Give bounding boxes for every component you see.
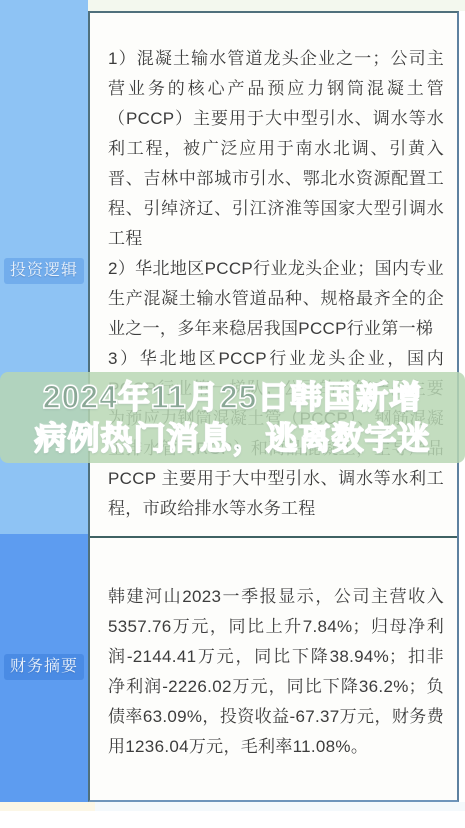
top-strip [88, 0, 465, 11]
bottom-strip-left [0, 802, 95, 811]
financial-summary-text: 韩建河山2023一季报显示，公司主营收入5357.76万元，同比上升7.84%；… [108, 582, 444, 762]
investment-point-1: 1）混凝土输水管道龙头企业之一；公司主营业务的核心产品预应力钢筒混凝土管（PCC… [108, 44, 444, 254]
overlay-title-line2: 病例热门消息，逃离数字迷 [34, 418, 430, 459]
financial-summary-label: 财务摘要 [4, 654, 84, 680]
investment-point-2: 2）华北地区PCCP行业龙头企业；国内专业生产混凝土输水管道品种、规格最齐全的企… [108, 254, 444, 344]
page: 投资逻辑 财务摘要 1）混凝土输水管道龙头企业之一；公司主营业务的核心产品预应力… [0, 0, 465, 828]
bottom-strip-right [95, 802, 465, 811]
overlay-title-line1: 2024年11月25日韩国新增 [43, 377, 423, 418]
investment-logic-label: 投资逻辑 [4, 258, 84, 284]
financial-summary-content: 韩建河山2023一季报显示，公司主营收入5357.76万元，同比上升7.84%；… [90, 536, 457, 802]
news-overlay-banner: 2024年11月25日韩国新增 病例热门消息，逃离数字迷 [0, 372, 465, 463]
